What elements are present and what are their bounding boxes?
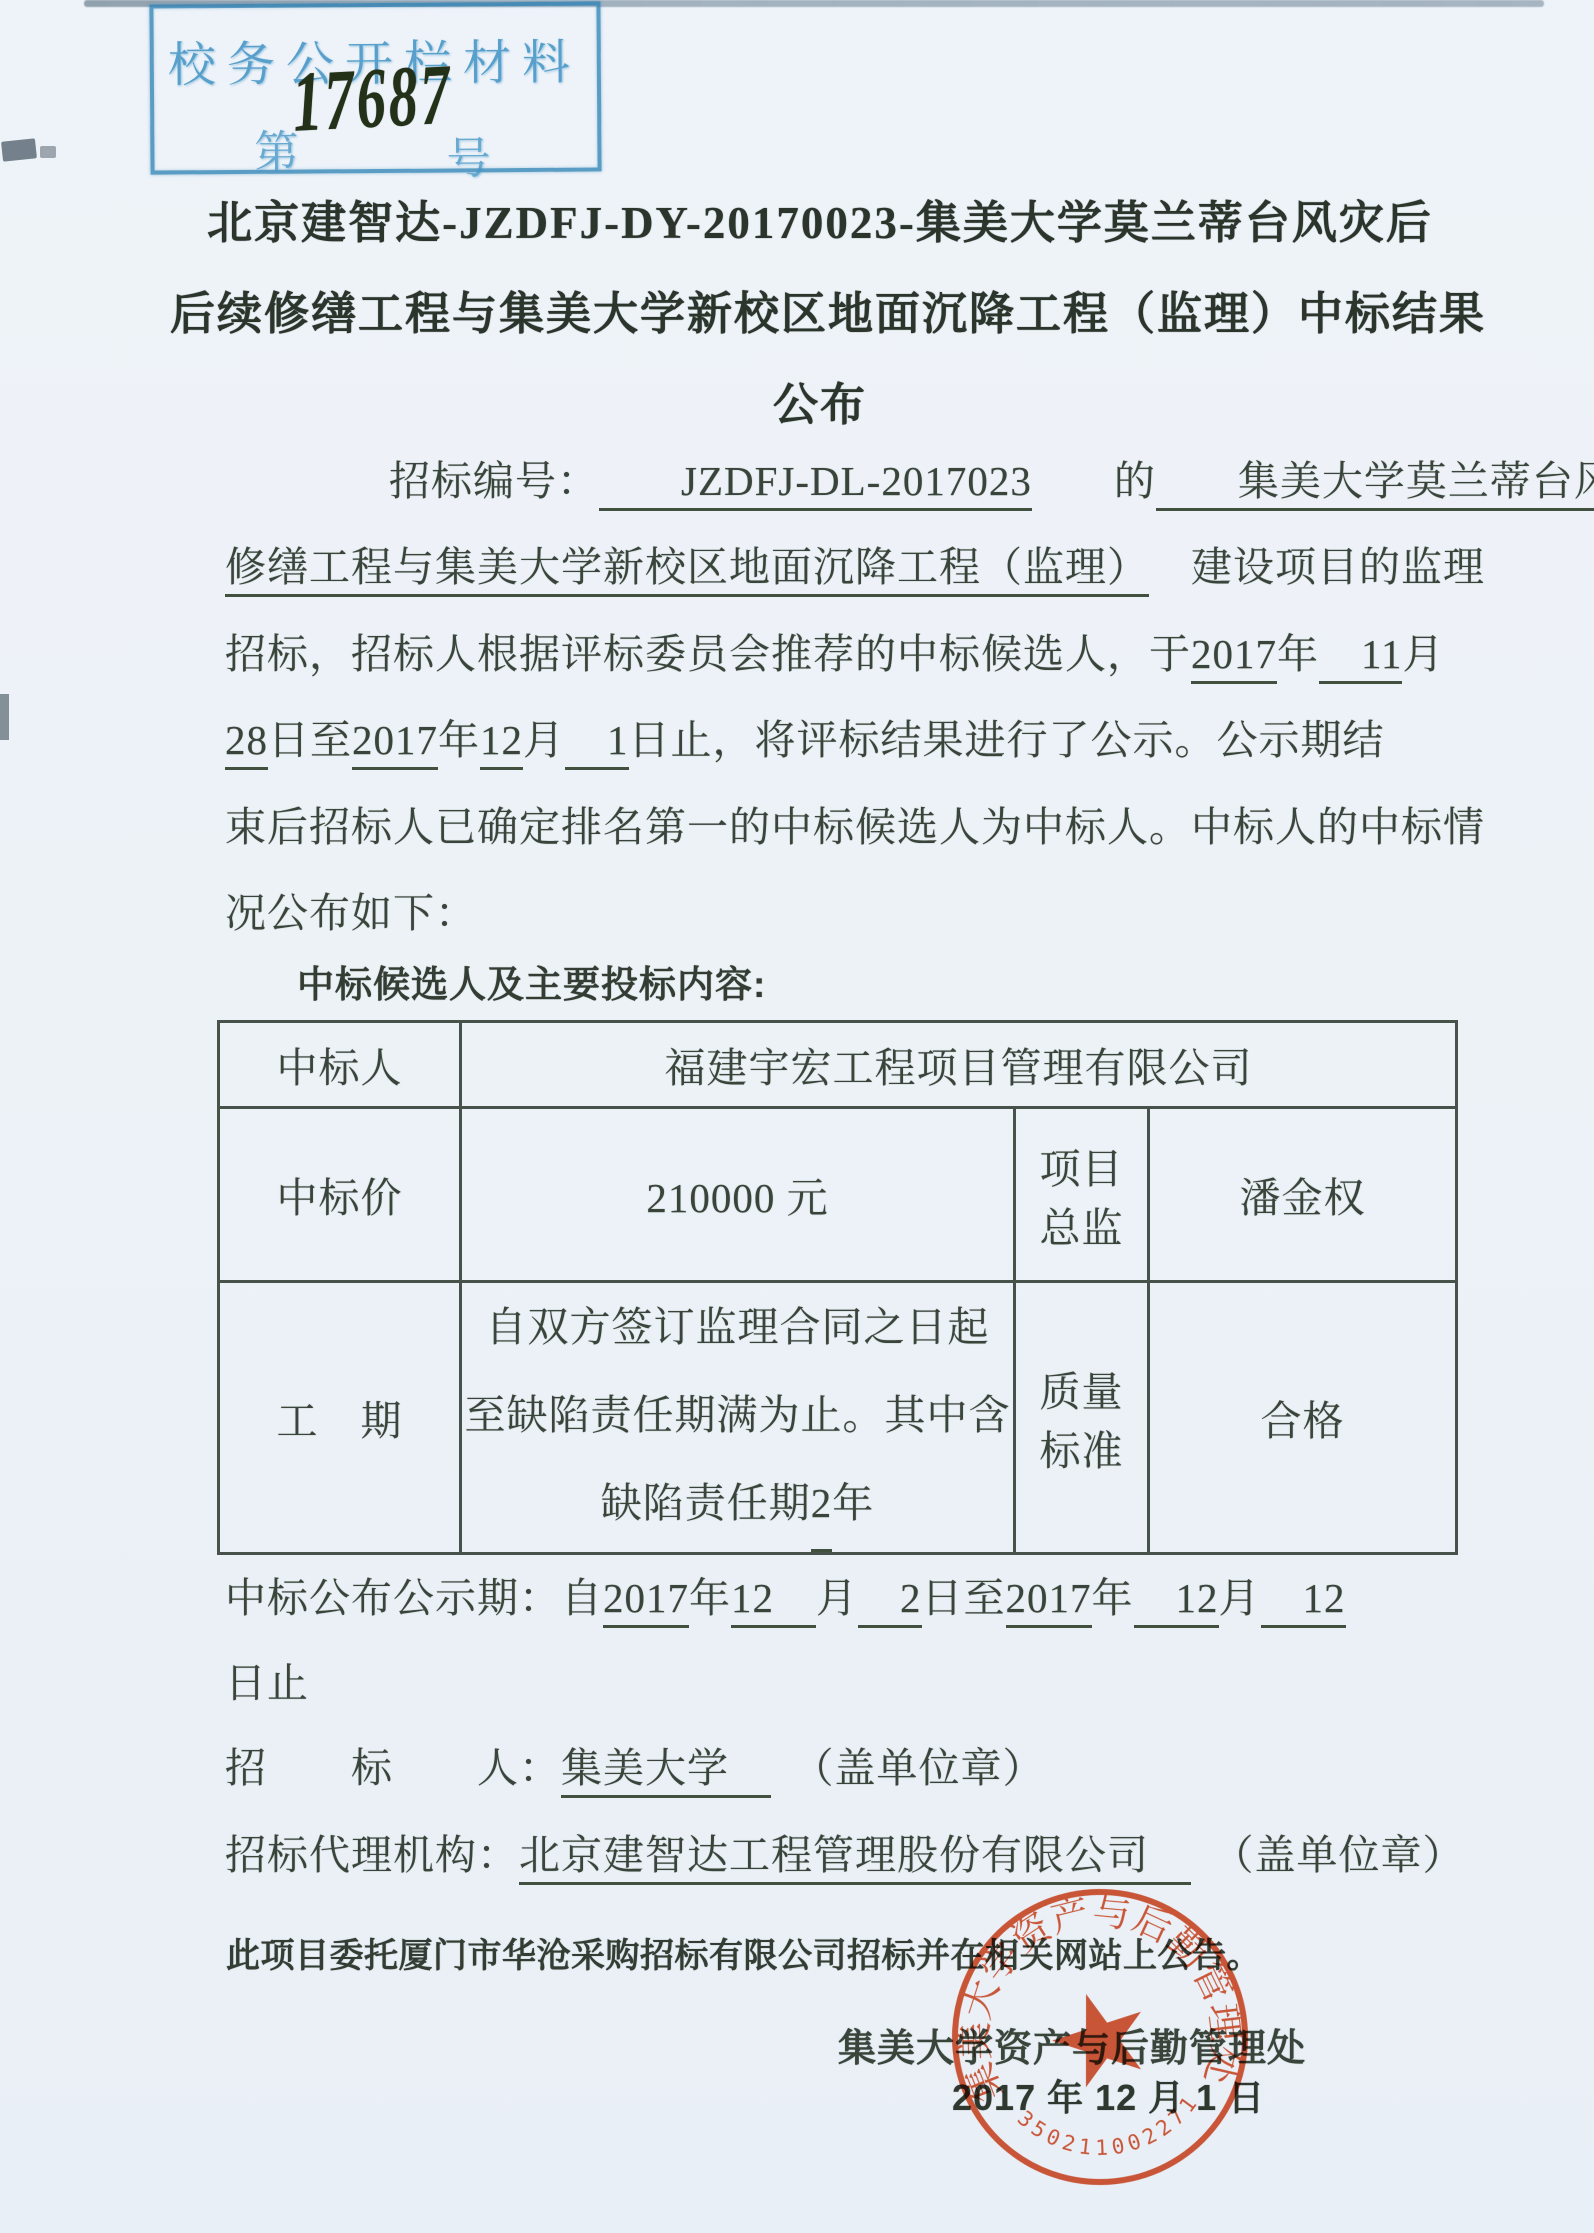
duration-label-cell: 工 期 [219,1282,461,1554]
director-label-line2: 总监 [1016,1195,1147,1254]
duration-line-1: 自双方签订监理合同之日起 [462,1283,1013,1371]
registry-number-handwritten: 17687 [290,44,455,152]
bid-result-table: 中标人 福建宇宏工程项目管理有限公司 中标价 210000 元 项目 总监 潘金… [217,1020,1458,1555]
text-segment: 年 [1277,629,1319,679]
text-segment: 12 [1134,1573,1219,1628]
winner-label-cell: 中标人 [219,1022,461,1108]
doc-title-line-2: 后续修缮工程与集美大学新校区地面沉降工程（监理）中标结果 [170,277,1470,342]
text-segment: 年 [1092,1573,1134,1623]
tenderee-line: 招 标 人： 集美大学 （盖单位章） [225,1743,1045,1798]
official-seal: ★ 集美大学资产与后勤管理处 3502110022713 [913,1850,1287,2224]
text-segment: （盖单位章） [771,1743,1045,1793]
seal-star-icon: ★ [1028,1958,1174,2120]
body-line-3: 招标，招标人根据评标委员会推荐的中标候选人，于2017 年 11 月 [225,629,1444,684]
quality-label-cell: 质量 标准 [1015,1282,1149,1554]
table-row-duration: 工 期 自双方签订监理合同之日起 至缺陷责任期满为止。其中含 缺陷责任期 2 年… [219,1282,1457,1554]
text-segment: 月 [1402,629,1444,679]
scan-artifact-left-mark [1,138,37,161]
text-segment: 日至 [268,715,352,765]
text-segment: JZDFJ-DL-2017023 [599,456,1032,511]
duration-value-cell: 自双方签订监理合同之日起 至缺陷责任期满为止。其中含 缺陷责任期 2 年 [461,1282,1015,1554]
text-segment: 月 [523,715,565,765]
text-segment: 的 [1032,456,1156,506]
document-page: 校务公开栏材料 第 号 17687 北京建智达-JZDFJ-DY-2017002… [0,0,1594,2233]
text-segment: 况公布如下： [225,888,477,938]
text-segment: 缺陷责任期 [601,1459,811,1547]
text-segment: 月 [1219,1573,1261,1623]
body-line-1: 招标编号：JZDFJ-DL-2017023 的集美大学莫兰蒂台风灾后后续 [225,456,1594,511]
scan-artifact-left-dash [0,694,9,740]
body-line-6: 况公布如下： [225,888,477,938]
text-segment: 年 [438,715,480,765]
director-label-cell: 项目 总监 [1015,1108,1149,1282]
text-segment: 12 [1261,1573,1346,1628]
text-segment: 建设项目的监理 [1149,542,1485,592]
publicity-end-line: 日止 [225,1658,309,1708]
text-segment: 月 [816,1573,858,1623]
text-segment: 招标代理机构： [225,1830,519,1880]
quality-value-cell: 合格 [1149,1282,1457,1554]
scan-artifact-left-mark-2 [40,146,56,158]
body-line-5: 束后招标人已确定排名第一的中标候选人为中标人。中标人的中标情 [225,802,1485,852]
registry-number-prefix: 第 [254,116,298,180]
doc-title-line-1: 北京建智达-JZDFJ-DY-20170023-集美大学莫兰蒂台风灾后 [170,186,1470,251]
quality-label-line2: 标准 [1016,1418,1147,1477]
text-segment: 11 [1319,629,1402,684]
text-segment: 2017 [352,715,438,770]
text-segment: 2 [811,1459,833,1552]
publicity-period-line: 中标公布公示期：自 2017 年 12 月 2 日至 2017 年 12 月 1… [225,1573,1346,1628]
text-segment: 年 [832,1459,874,1547]
duration-line-2: 至缺陷责任期满为止。其中含 [462,1371,1013,1459]
text-segment: 日至 [922,1573,1006,1623]
text-segment: 修缮工程与集美大学新校区地面沉降工程（监理） [225,542,1149,597]
price-label-cell: 中标价 [219,1108,461,1282]
agency-line: 招标代理机构： 北京建智达工程管理股份有限公司 （盖单位章） [225,1830,1465,1885]
table-row-winner: 中标人 福建宇宏工程项目管理有限公司 [219,1022,1457,1108]
text-segment: 招标，招标人根据评标委员会推荐的中标候选人，于 [225,629,1191,679]
doc-title-line-3: 公布 [170,368,1470,433]
winner-value-cell: 福建宇宏工程项目管理有限公司 [461,1022,1457,1108]
body-line-4: 28 日至 2017 年 12 月 1 日止，将评标结果进行了公示。公示期结 [225,715,1385,770]
text-segment: 2 [858,1573,922,1628]
table-row-price: 中标价 210000 元 项目 总监 潘金权 [219,1108,1457,1282]
body-line-2: 修缮工程与集美大学新校区地面沉降工程（监理） 建设项目的监理 [225,542,1485,597]
duration-line-3: 缺陷责任期 2 年 [462,1459,1013,1552]
text-segment: 12 [731,1573,816,1628]
text-segment: 中标公布公示期：自 [225,1573,603,1623]
text-segment: 招 标 人： [225,1743,561,1793]
quality-label-line1: 质量 [1016,1359,1147,1418]
director-label-line1: 项目 [1016,1136,1147,1195]
text-segment: 2017 [603,1573,689,1628]
text-segment: 28 [225,715,268,770]
text-segment: 日止，将评标结果进行了公示。公示期结 [629,715,1385,765]
text-segment: 集美大学莫兰蒂台风灾后后续 [1156,456,1594,511]
text-segment: 招标编号： [307,456,599,506]
director-value-cell: 潘金权 [1149,1108,1457,1282]
text-segment: 束后招标人已确定排名第一的中标候选人为中标人。中标人的中标情 [225,802,1485,852]
text-segment: 2017 [1006,1573,1092,1628]
price-value-cell: 210000 元 [461,1108,1015,1282]
text-segment: 12 [480,715,523,770]
subheading: 中标候选人及主要投标内容: [297,962,766,1007]
text-segment: 1 [565,715,629,770]
text-segment: 2017 [1191,629,1277,684]
text-segment: 年 [689,1573,731,1623]
text-segment: 集美大学 [561,1743,771,1798]
